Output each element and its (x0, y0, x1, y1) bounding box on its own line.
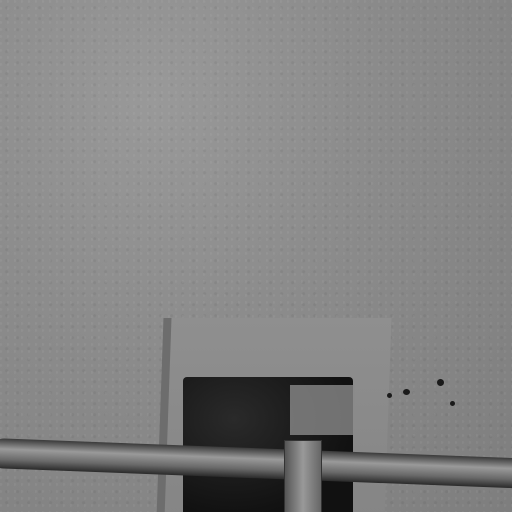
wall-hole (450, 401, 455, 406)
wall-hole (437, 379, 444, 386)
pipe-clamp (284, 440, 322, 512)
wall-hole (403, 389, 410, 395)
wall-hole (387, 393, 392, 398)
photo-scene (0, 0, 512, 512)
exposed-plaster (290, 385, 355, 435)
